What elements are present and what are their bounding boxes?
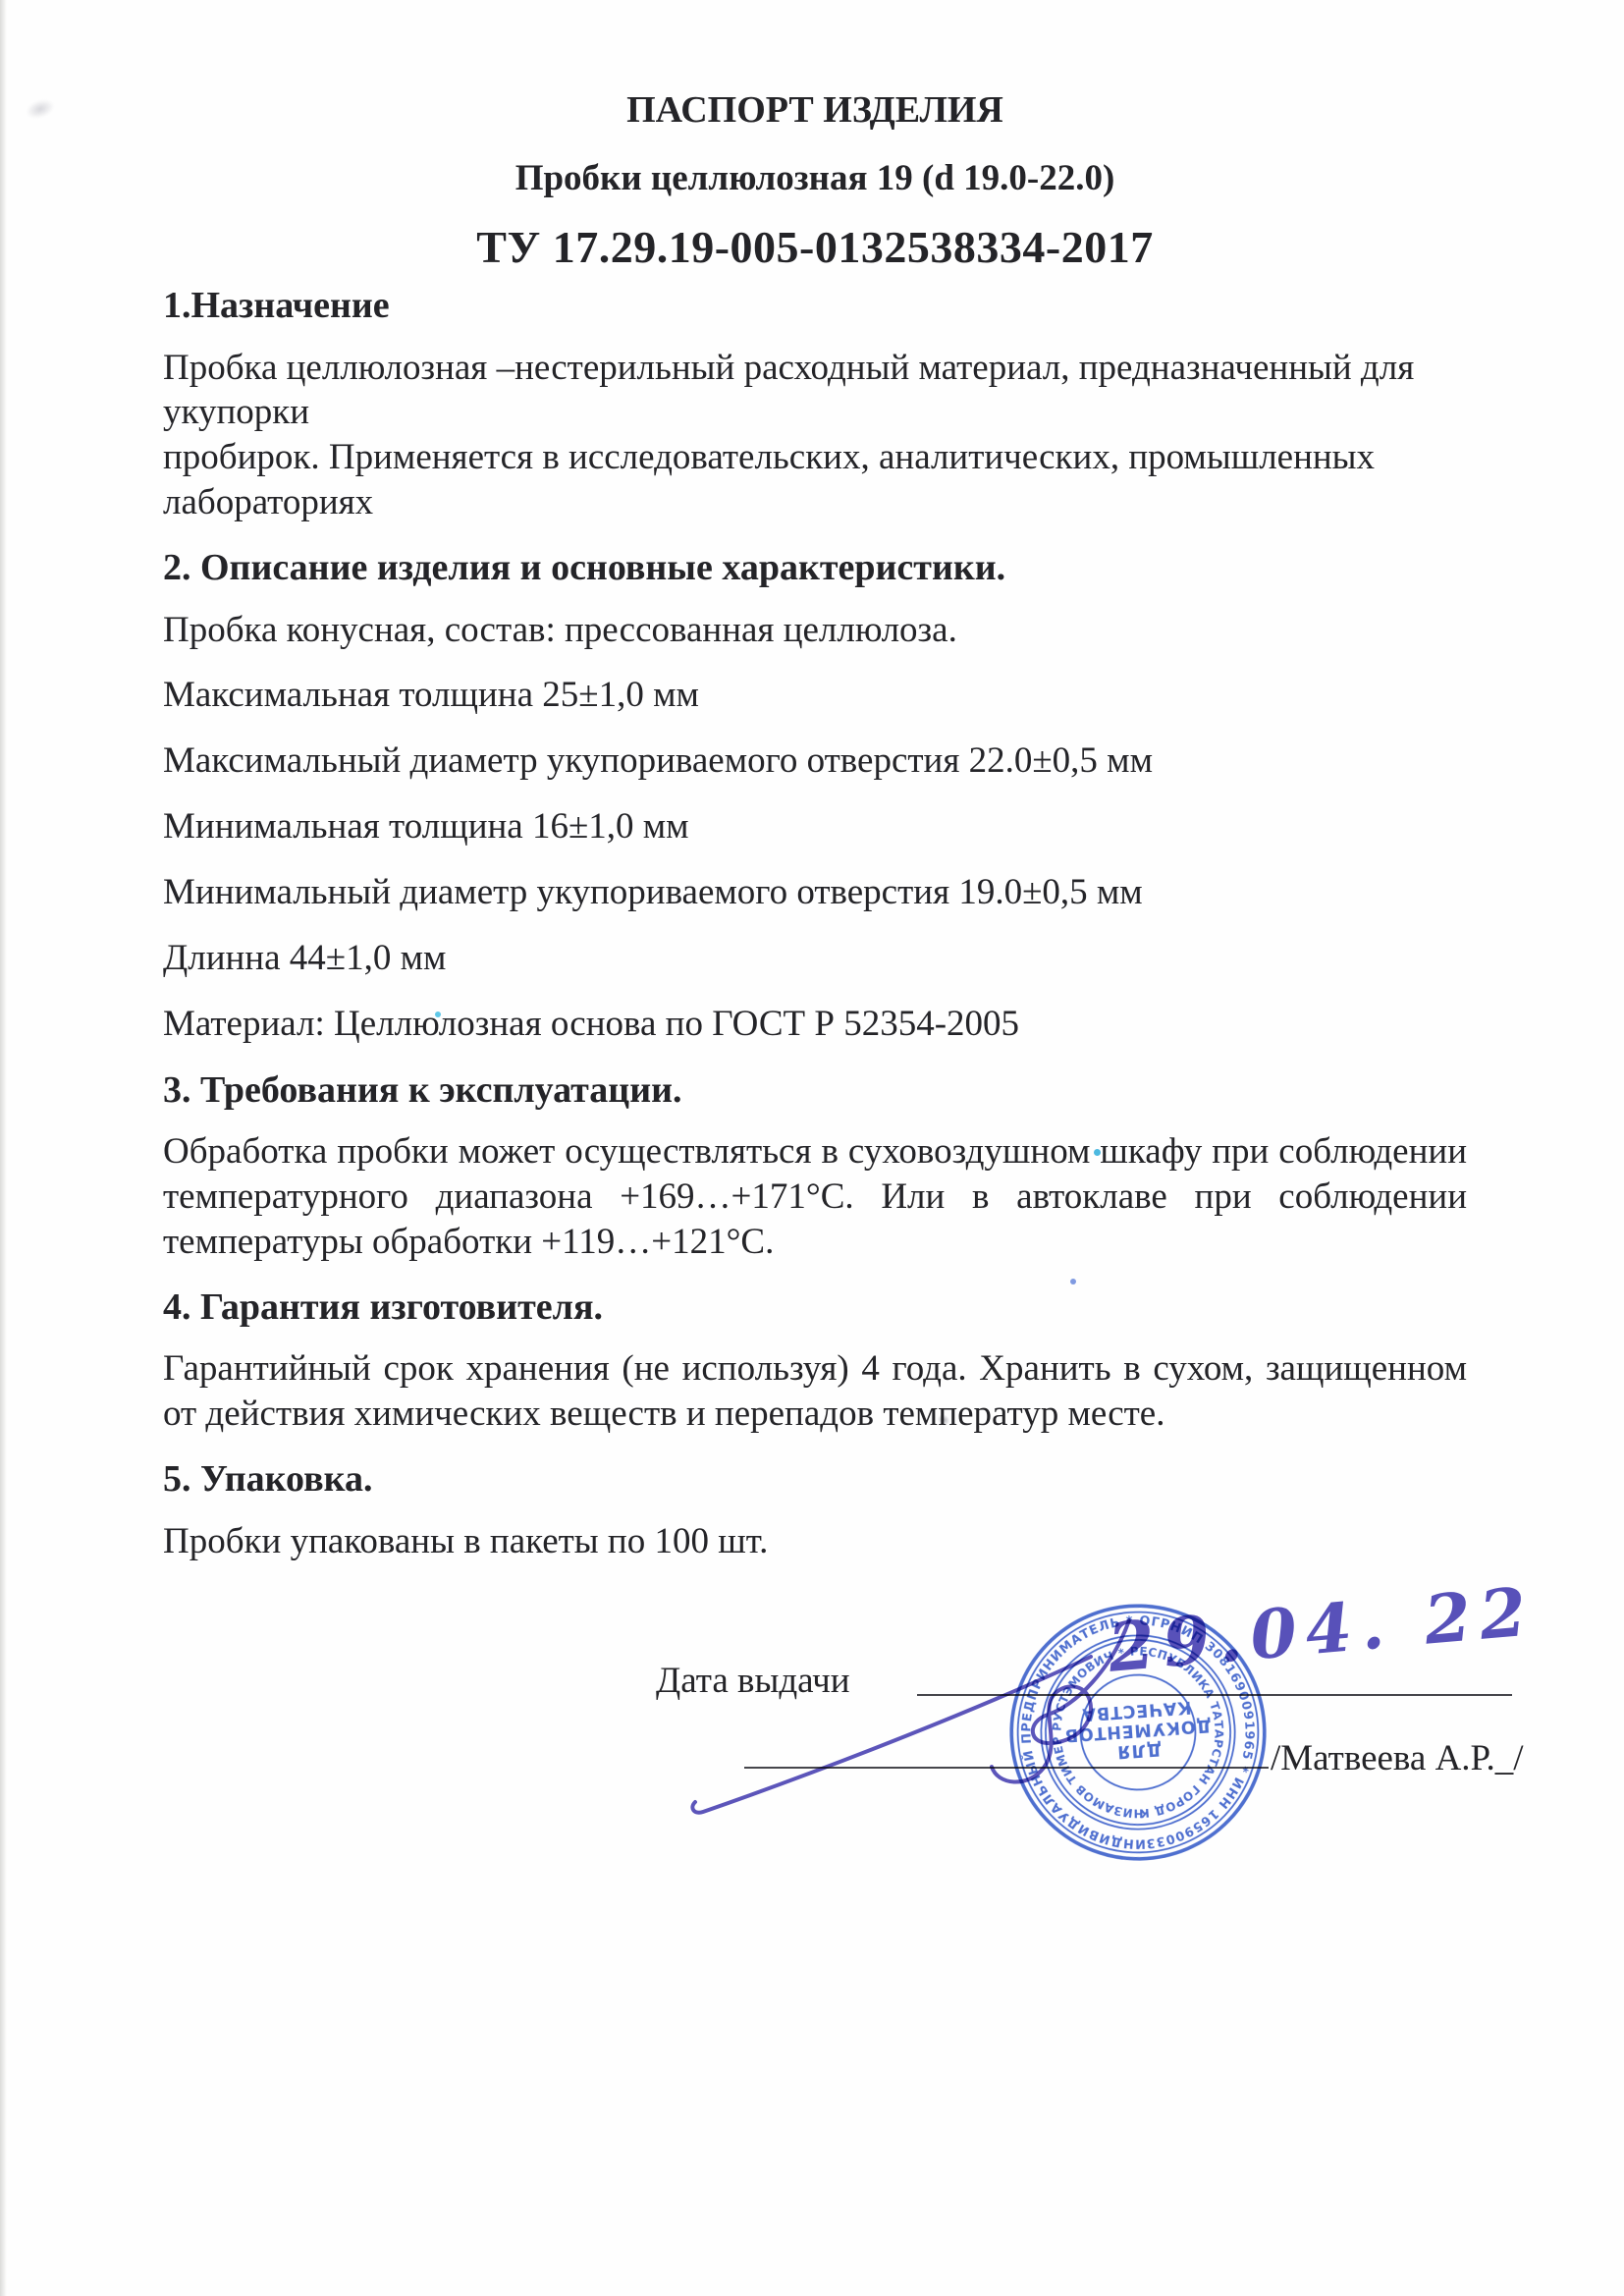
- scan-smudge: [24, 96, 57, 122]
- section-1-paragraph: Пробка целлюлозная –нестерильный расходн…: [163, 346, 1467, 526]
- doc-subtitle: Пробки целлюлозная 19 (d 19.0-22.0): [163, 157, 1467, 199]
- scanned-document-page: { "title": "ПАСПОРТ ИЗДЕЛИЯ", "subtitle"…: [0, 0, 1624, 2296]
- spec-line: Максимальная толщина 25±1,0 мм: [163, 673, 1467, 718]
- document-body: ПАСПОРТ ИЗДЕЛИЯ Пробки целлюлозная 19 (d…: [163, 88, 1467, 1584]
- signatory-name: /Матвеева А.Р._/: [1271, 1737, 1524, 1779]
- section-1-heading: 1.Назначение: [163, 283, 1467, 330]
- doc-tu-number: ТУ 17.29.19-005-0132538334-2017: [163, 221, 1467, 273]
- paragraph-line: лабораториях: [163, 480, 1467, 525]
- spec-line: Максимальный диаметр укупориваемого отве…: [163, 738, 1467, 784]
- section-2-heading: 2. Описание изделия и основные характери…: [163, 545, 1467, 592]
- spec-line: Минимальная толщина 16±1,0 мм: [163, 804, 1467, 849]
- spec-line: Минимальный диаметр укупориваемого отвер…: [163, 870, 1467, 915]
- section-3-heading: 3. Требования к эксплуатации.: [163, 1067, 1467, 1115]
- spec-line: Материал: Целлюлозная основа по ГОСТ Р 5…: [163, 1002, 1467, 1047]
- section-5-paragraph: Пробки упакованы в пакеты по 100 шт.: [163, 1519, 1467, 1564]
- section-4-heading: 4. Гарантия изготовителя.: [163, 1285, 1467, 1332]
- paragraph-line: пробирок. Применяется в исследовательски…: [163, 435, 1467, 480]
- paragraph-line: Пробка целлюлозная –нестерильный расходн…: [163, 346, 1467, 436]
- section-3-paragraph: Обработка пробки может осуществляться в …: [163, 1129, 1467, 1265]
- doc-title: ПАСПОРТ ИЗДЕЛИЯ: [163, 88, 1467, 132]
- handwritten-signature: [589, 1571, 1296, 1984]
- scan-edge-shadow: [0, 0, 7, 2296]
- section-5-heading: 5. Упаковка.: [163, 1456, 1467, 1503]
- spec-line: Длинна 44±1,0 мм: [163, 936, 1467, 981]
- spec-line: Пробка конусная, состав: прессованная це…: [163, 608, 1467, 653]
- section-4-paragraph: Гарантийный срок хранения (не используя)…: [163, 1346, 1467, 1437]
